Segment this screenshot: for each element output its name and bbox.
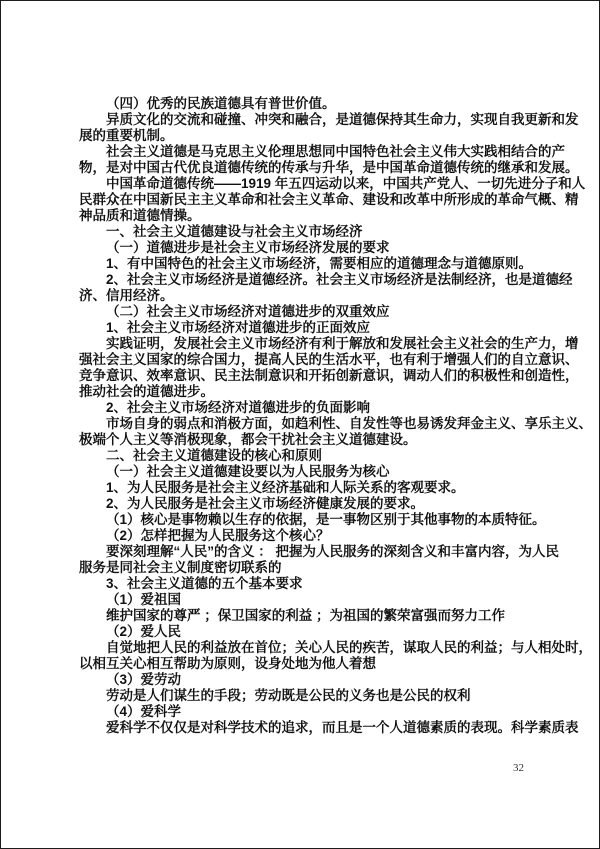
text-line: 民群众在中国新民主主义革命和社会主义革命、建设和改革中所形成的革命气概、精 — [79, 192, 543, 208]
text-line: 二、社会主义道德建设的核心和原则 — [79, 448, 543, 464]
text-line: （1）爱祖国 — [79, 592, 543, 608]
text-line: 自觉地把人民的利益放在首位；关心人民的疾苦，谋取人民的利益；与人相处时， — [79, 640, 543, 656]
text-line: 社会主义道德是马克思主义伦理思想同中国特色社会主义伟大实践相结合的产 — [79, 144, 543, 160]
text-line: 推动社会的道德进步。 — [79, 384, 543, 400]
text-line: （3）爱劳动 — [79, 672, 543, 688]
text-line: 1、有中国特色的社会主义市场经济，需要相应的道德理念与道德原则。 — [79, 256, 543, 272]
text-line: （四）优秀的民族道德具有普世价值。 — [79, 96, 543, 112]
text-line: 市场自身的弱点和消极方面，如趋利性、自发性等也易诱发拜金主义、享乐主义、 — [79, 416, 543, 432]
text-line: 强社会主义国家的综合国力，提高人民的生活水平，也有利于增强人们的自立意识、 — [79, 352, 543, 368]
text-line: （二）社会主义市场经济对道德进步的双重效应 — [79, 304, 543, 320]
page-body: （四）优秀的民族道德具有普世价值。异质文化的交流和碰撞、冲突和融合，是道德保持其… — [79, 96, 543, 736]
text-line: 以相互关心相互帮助为原则，设身处地为他人着想 — [79, 656, 543, 672]
text-line: 1、社会主义市场经济对道德进步的正面效应 — [79, 320, 543, 336]
text-line: 神品质和道德情操。 — [79, 208, 543, 224]
text-line: 2、社会主义市场经济对道德进步的负面影响 — [79, 400, 543, 416]
text-line: 一、社会主义道德建设与社会主义市场经济 — [79, 224, 543, 240]
text-line: 1、为人民服务是社会主义经济基础和人际关系的客观要求。 — [79, 480, 543, 496]
text-line: 要深刻理解“人民”的含义 ： 把握为人民服务的深刻含义和丰富内容，为人民 — [79, 544, 543, 560]
text-line: 物，是对中国古代优良道德传统的传承与升华，是中国革命道德传统的继承和发展。 — [79, 160, 543, 176]
text-line: 2、为人民服务是社会主义市场经济健康发展的要求。 — [79, 496, 543, 512]
text-line: 劳动是人们谋生的手段；劳动既是公民的义务也是公民的权利 — [79, 688, 543, 704]
text-line: 服务是同社会主义制度密切联系的 — [79, 560, 543, 576]
text-line: 实践证明，发展社会主义市场经济有利于解放和发展社会主义社会的生产力，增 — [79, 336, 543, 352]
text-line: 竞争意识、效率意识、民主法制意识和开拓创新意识，调动人们的积极性和创造性， — [79, 368, 543, 384]
text-line: （2）怎样把握为人民服务这个核心？ — [79, 528, 543, 544]
text-line: （1）核心是事物赖以生存的依据，是一事物区别于其他事物的本质特征。 — [79, 512, 543, 528]
text-line: 中国革命道德传统——1919 年五四运动以来，中国共产党人、一切先进分子和人 — [79, 176, 543, 192]
text-line: 爱科学不仅仅是对科学技术的追求，而且是一个人道德素质的表现。科学素质表 — [79, 720, 543, 736]
text-line: （4）爱科学 — [79, 704, 543, 720]
text-line: 极端个人主义等消极现象，都会干扰社会主义道德建设。 — [79, 432, 543, 448]
text-line: 济、信用经济。 — [79, 288, 543, 304]
text-line: 3、社会主义道德的五个基本要求 — [79, 576, 543, 592]
text-line: 维护国家的尊严 ；保卫国家的利益 ；为祖国的繁荣富强而努力工作 — [79, 608, 543, 624]
text-line: （一）社会主义道德建设要以为人民服务为核心 — [79, 464, 543, 480]
text-line: 异质文化的交流和碰撞、冲突和融合，是道德保持其生命力，实现自我更新和发 — [79, 112, 543, 128]
text-line: 2、社会主义市场经济是道德经济。社会主义市场经济是法制经济，也是道德经 — [79, 272, 543, 288]
document-page: （四）优秀的民族道德具有普世价值。异质文化的交流和碰撞、冲突和融合，是道德保持其… — [0, 0, 600, 849]
text-line: （一）道德进步是社会主义市场经济发展的要求 — [79, 240, 543, 256]
text-line: （2）爱人民 — [79, 624, 543, 640]
page-number-label: 32 — [513, 762, 524, 774]
text-line: 展的重要机制。 — [79, 128, 543, 144]
